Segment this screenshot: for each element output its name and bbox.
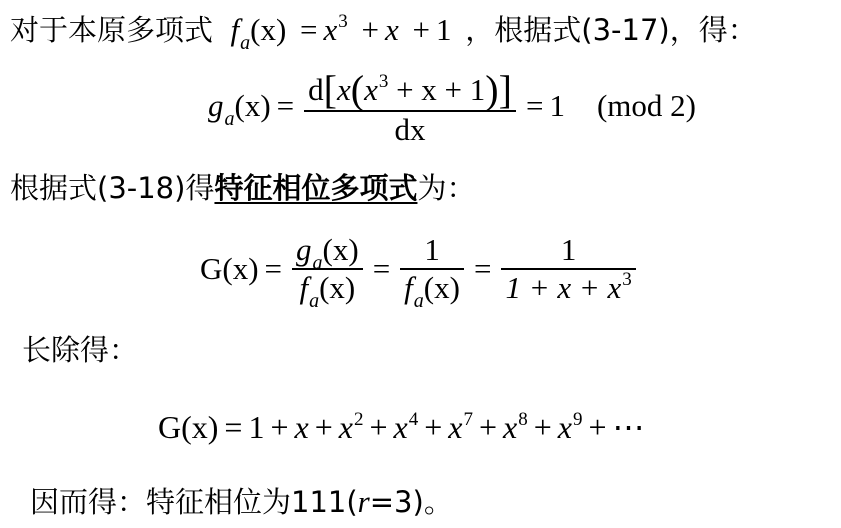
conclusion-sentence: 因而得：特征相位为111(r=3)。	[30, 486, 453, 518]
reference-text: ，根据式(3-17)，得：	[465, 13, 756, 47]
term-6: x9	[558, 409, 583, 446]
term-0: 1	[248, 409, 264, 446]
modulus: (mod 2)	[597, 88, 696, 124]
derivative-fraction: d[x(x3 + x + 1)] dx	[304, 64, 516, 148]
fraction-ga-over-fa: ga(x) fa(x)	[292, 232, 363, 305]
g-a-of-x: ga(x)	[208, 88, 271, 124]
phase-polynomial-term: 特征相位多项式	[214, 171, 417, 205]
numerator: d[x(x3 + x + 1)]	[304, 64, 516, 110]
term-5: x8	[503, 409, 528, 446]
term-3: x4	[394, 409, 419, 446]
primitive-polynomial: fa(x) =x3 +x +1	[231, 12, 460, 47]
phase-polynomial-equation: G(x) = ga(x) fa(x) = 1 fa(x) = 1 1 + x +…	[200, 232, 640, 305]
fraction-one-over-polynomial: 1 1 + x + x3	[501, 232, 635, 305]
ellipsis: ⋯	[613, 408, 645, 446]
term-2: x2	[339, 409, 364, 446]
term-4: x7	[448, 409, 473, 446]
denominator: dx	[391, 112, 430, 148]
intro-sentence: 对于本原多项式 fa(x) =x3 +x +1 ，根据式(3-17)，得：	[10, 14, 757, 46]
long-division-label: 长除得：	[22, 336, 138, 366]
fraction-one-over-fa: 1 fa(x)	[400, 232, 464, 305]
derivative-equation: ga(x) = d[x(x3 + x + 1)] dx = 1 (mod 2)	[208, 64, 696, 148]
series-expansion: G(x) = 1 + x + x2 + x4 + x7 + x8 + x9 + …	[158, 408, 645, 446]
phase-polynomial-sentence: 根据式(3-18)得特征相位多项式为：	[10, 174, 475, 204]
intro-text: 对于本原多项式	[10, 13, 213, 47]
term-1: x	[295, 409, 309, 446]
